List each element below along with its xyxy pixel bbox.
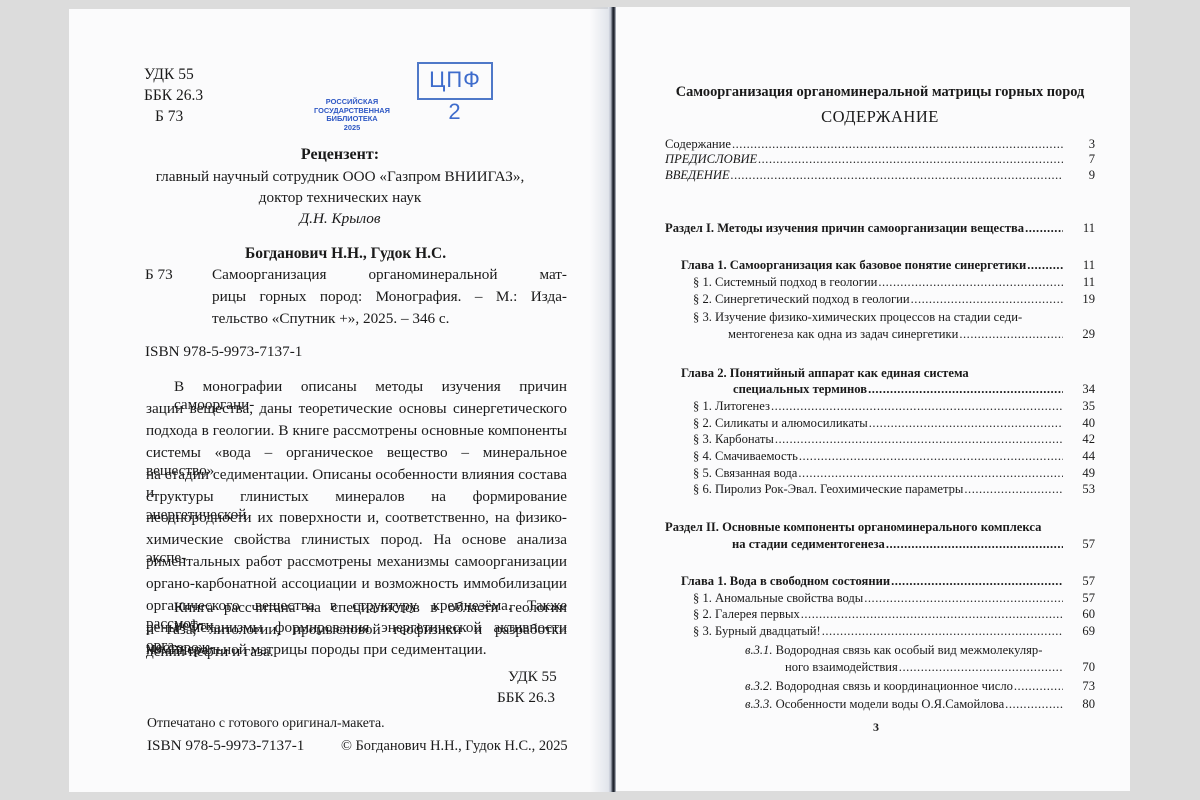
toc-leader-dots: ........................................… bbox=[1025, 221, 1063, 236]
stamp-cpf: ЦПФ 2 bbox=[417, 62, 493, 100]
reviewer-line: доктор технических наук bbox=[140, 189, 540, 207]
toc-label: § 3. Изучение физико-химических процессо… bbox=[693, 310, 1022, 325]
toc-label: § 2. Силикаты и алюмосиликаты bbox=[693, 416, 868, 431]
toc-leader-dots: ........................................… bbox=[771, 399, 1063, 414]
toc-entry[interactable]: § 4. Смачиваемость......................… bbox=[693, 449, 1095, 465]
toc-page-number: 60 bbox=[1065, 607, 1095, 622]
toc-page-number: 11 bbox=[1065, 258, 1095, 273]
toc-prefix: в.3.1. bbox=[745, 643, 773, 657]
toc-leader-dots: ........................................… bbox=[1005, 697, 1063, 712]
toc-label: § 3. Бурный двадцатый! bbox=[693, 624, 821, 639]
toc-leader-dots: ........................................… bbox=[732, 137, 1063, 152]
toc-entry-continuation[interactable]: ментогенеза как одна из задач синергетик… bbox=[728, 327, 1095, 343]
toc-page-number: 70 bbox=[1065, 660, 1095, 675]
toc-entry[interactable]: § 2. Синергетический подход в геологии..… bbox=[693, 292, 1095, 308]
toc-entry[interactable]: § 3. Бурный двадцатый!..................… bbox=[693, 624, 1095, 640]
stamp-library-line: 2025 bbox=[302, 124, 402, 133]
toc-label: Содержание bbox=[665, 137, 731, 152]
toc-page-number: 57 bbox=[1065, 537, 1095, 552]
toc-label: § 1. Аномальные свойства воды bbox=[693, 591, 863, 606]
reviewer-name: Д.Н. Крылов bbox=[140, 210, 540, 228]
toc-leader-dots: ........................................… bbox=[868, 382, 1063, 397]
toc-entry-continuation[interactable]: на стадии седиментогенеза...............… bbox=[732, 537, 1095, 553]
toc-entry[interactable]: Глава 1. Самоорганизация как базовое пон… bbox=[681, 258, 1095, 274]
toc-label: § 2. Синергетический подход в геологии bbox=[693, 292, 910, 307]
toc-leader-dots: ........................................… bbox=[822, 624, 1063, 639]
udk-top: УДК 55 bbox=[144, 66, 194, 84]
toc-page-number: 53 bbox=[1065, 482, 1095, 497]
contents-heading: СОДЕРЖАНИЕ bbox=[665, 107, 1095, 127]
toc-page-number: 7 bbox=[1065, 152, 1095, 167]
toc-leader-dots: ........................................… bbox=[864, 591, 1063, 606]
toc-page-number: 73 bbox=[1065, 679, 1095, 694]
toc-label: § 3. Карбонаты bbox=[693, 432, 774, 447]
toc-page-number: 42 bbox=[1065, 432, 1095, 447]
toc-entry[interactable]: в.3.2. Водородная связь и координационно… bbox=[745, 679, 1095, 695]
toc-leader-dots: ........................................… bbox=[1027, 258, 1063, 273]
toc-label: Глава 2. Понятийный аппарат как единая с… bbox=[681, 366, 969, 381]
toc-page-number: 29 bbox=[1065, 327, 1095, 342]
toc-entry[interactable]: ВВЕДЕНИЕ................................… bbox=[665, 168, 1095, 184]
abstract-line: неоднородности их поверхности и, соответ… bbox=[146, 509, 567, 527]
reviewer-line: главный научный сотрудник ООО «Газпром В… bbox=[140, 168, 540, 186]
toc-label: в.3.2. Водородная связь и координационно… bbox=[745, 679, 1013, 694]
toc-label: ного взаимодействия bbox=[785, 660, 898, 675]
toc-page-number: 35 bbox=[1065, 399, 1095, 414]
toc-leader-dots: ........................................… bbox=[1014, 679, 1063, 694]
toc-label: § 1. Системный подход в геологии bbox=[693, 275, 877, 290]
toc-label: Раздел I. Методы изучения причин самоорг… bbox=[665, 221, 1024, 236]
toc-entry-continuation[interactable]: специальных терминов....................… bbox=[733, 382, 1095, 398]
toc-page-number: 57 bbox=[1065, 591, 1095, 606]
book-title: Самоорганизация органоминеральной матриц… bbox=[665, 83, 1095, 101]
toc-leader-dots: ........................................… bbox=[886, 537, 1063, 552]
toc-label: в.3.3. Особенности модели воды О.Я.Самой… bbox=[745, 697, 1004, 712]
toc-entry[interactable]: § 1. Системный подход в геологии........… bbox=[693, 275, 1095, 291]
toc-page-number: 49 bbox=[1065, 466, 1095, 481]
bib-line: тельство «Спутник +», 2025. – 346 с. bbox=[212, 310, 449, 328]
toc-page-number: 40 bbox=[1065, 416, 1095, 431]
authors: Богданович Н.Н., Гудок Н.С. bbox=[245, 245, 446, 263]
toc-page-number: 19 bbox=[1065, 292, 1095, 307]
toc-entry[interactable]: § 5. Связанная вода.....................… bbox=[693, 466, 1095, 482]
reviewer-heading: Рецензент: bbox=[140, 146, 540, 164]
toc-label: § 4. Смачиваемость bbox=[693, 449, 798, 464]
code-top: Б 73 bbox=[155, 108, 183, 126]
spine-shadow bbox=[590, 7, 610, 792]
toc-leader-dots: ........................................… bbox=[899, 660, 1063, 675]
toc-entry[interactable]: в.3.1. Водородная связь как особый вид м… bbox=[745, 643, 1095, 659]
toc-leader-dots: ........................................… bbox=[964, 482, 1063, 497]
toc-entry[interactable]: § 1. Аномальные свойства воды...........… bbox=[693, 591, 1095, 607]
toc-entry[interactable]: Глава 2. Понятийный аппарат как единая с… bbox=[681, 366, 1095, 382]
toc-page-number: 3 bbox=[1065, 137, 1095, 152]
toc-entry[interactable]: Содержание..............................… bbox=[665, 137, 1095, 153]
toc-page-number: 34 bbox=[1065, 382, 1095, 397]
toc-leader-dots: ........................................… bbox=[878, 275, 1063, 290]
toc-entry[interactable]: § 3. Изучение физико-химических процессо… bbox=[693, 310, 1095, 326]
abstract-line: зации вещества, даны теоретические основ… bbox=[146, 400, 567, 418]
toc-entry[interactable]: § 3. Карбонаты..........................… bbox=[693, 432, 1095, 448]
toc-page-number: 44 bbox=[1065, 449, 1095, 464]
bib-line: рицы горных пород: Монография. – М.: Изд… bbox=[212, 288, 567, 306]
toc-page-number: 11 bbox=[1065, 221, 1095, 236]
book-spine bbox=[608, 7, 616, 792]
copyright: © Богданович Н.Н., Гудок Н.С., 2025 bbox=[341, 737, 568, 755]
toc-label: Раздел II. Основные компоненты органомин… bbox=[665, 520, 1041, 535]
toc-page-number: 69 bbox=[1065, 624, 1095, 639]
toc-label: специальных терминов bbox=[733, 382, 867, 397]
toc-label: ментогенеза как одна из задач синергетик… bbox=[728, 327, 958, 342]
toc-prefix: в.3.2. bbox=[745, 679, 773, 693]
toc-entry[interactable]: Раздел II. Основные компоненты органомин… bbox=[665, 520, 1095, 536]
toc-leader-dots: ........................................… bbox=[799, 449, 1063, 464]
abstract-line: органо-карбонатной ассоциации и возможно… bbox=[146, 575, 567, 593]
toc-leader-dots: ........................................… bbox=[798, 466, 1063, 481]
toc-leader-dots: ........................................… bbox=[801, 607, 1063, 622]
toc-prefix: в.3.3. bbox=[745, 697, 773, 711]
toc-label: ПРЕДИСЛОВИЕ bbox=[665, 152, 757, 167]
toc-leader-dots: ........................................… bbox=[869, 416, 1063, 431]
toc-page-number: 80 bbox=[1065, 697, 1095, 712]
toc-leader-dots: ........................................… bbox=[731, 168, 1063, 183]
isbn: ISBN 978-5-9973-7137-1 bbox=[145, 343, 302, 361]
toc-page-number: 57 bbox=[1065, 574, 1095, 589]
toc-label: в.3.1. Водородная связь как особый вид м… bbox=[745, 643, 1042, 658]
toc-leader-dots: ........................................… bbox=[891, 574, 1063, 589]
toc-page-number: 9 bbox=[1065, 168, 1095, 183]
toc-page-number: 11 bbox=[1065, 275, 1095, 290]
abstract-line: подхода в геологии. В книге рассмотрены … bbox=[146, 422, 567, 440]
toc-label: § 1. Литогенез bbox=[693, 399, 770, 414]
toc-entry[interactable]: § 6. Пиролиз Рок-Эвал. Геохимические пар… bbox=[693, 482, 1095, 498]
bib-code: Б 73 bbox=[145, 266, 173, 284]
abstract-line: риментальных работ рассмотрены механизмы… bbox=[146, 553, 567, 571]
bib-line: Самоорганизация органоминеральной мат- bbox=[212, 266, 567, 284]
isbn-bottom: ISBN 978-5-9973-7137-1 bbox=[147, 737, 304, 755]
toc-entry[interactable]: в.3.3. Особенности модели воды О.Я.Самой… bbox=[745, 697, 1095, 713]
printed-note: Отпечатано с готового оригинал-макета. bbox=[147, 714, 385, 732]
stamp-library: РОССИЙСКАЯ ГОСУДАРСТВЕННАЯ БИБЛИОТЕКА 20… bbox=[302, 98, 402, 132]
toc-label: ВВЕДЕНИЕ bbox=[665, 168, 730, 183]
toc-leader-dots: ........................................… bbox=[911, 292, 1063, 307]
toc-label: § 2. Галерея первых bbox=[693, 607, 800, 622]
toc-entry[interactable]: Раздел I. Методы изучения причин самоорг… bbox=[665, 221, 1095, 237]
bbk-bottom: ББК 26.3 bbox=[497, 689, 555, 707]
toc-entry[interactable]: § 2. Галерея первых.....................… bbox=[693, 607, 1095, 623]
toc-label: Глава 1. Вода в свободном состоянии bbox=[681, 574, 890, 589]
toc-label: § 6. Пиролиз Рок-Эвал. Геохимические пар… bbox=[693, 482, 963, 497]
toc-leader-dots: ........................................… bbox=[959, 327, 1063, 342]
toc-entry-continuation[interactable]: ного взаимодействия.....................… bbox=[785, 660, 1095, 676]
toc-leader-dots: ........................................… bbox=[775, 432, 1063, 447]
toc-entry[interactable]: § 2. Силикаты и алюмосиликаты...........… bbox=[693, 416, 1095, 432]
toc-leader-dots: ........................................… bbox=[758, 152, 1063, 167]
toc-entry[interactable]: § 1. Литогенез..........................… bbox=[693, 399, 1095, 415]
toc-label: § 5. Связанная вода bbox=[693, 466, 797, 481]
toc-label: Глава 1. Самоорганизация как базовое пон… bbox=[681, 258, 1026, 273]
toc-label: на стадии седиментогенеза bbox=[732, 537, 885, 552]
toc-entry[interactable]: ПРЕДИСЛОВИЕ ............................… bbox=[665, 152, 1095, 168]
udk-bottom: УДК 55 bbox=[508, 668, 557, 686]
page-number: 3 bbox=[873, 720, 879, 735]
toc-entry[interactable]: Глава 1. Вода в свободном состоянии.....… bbox=[681, 574, 1095, 590]
bbk-top: ББК 26.3 bbox=[144, 87, 203, 105]
audience-line: дений нефти и газа. bbox=[146, 643, 274, 661]
